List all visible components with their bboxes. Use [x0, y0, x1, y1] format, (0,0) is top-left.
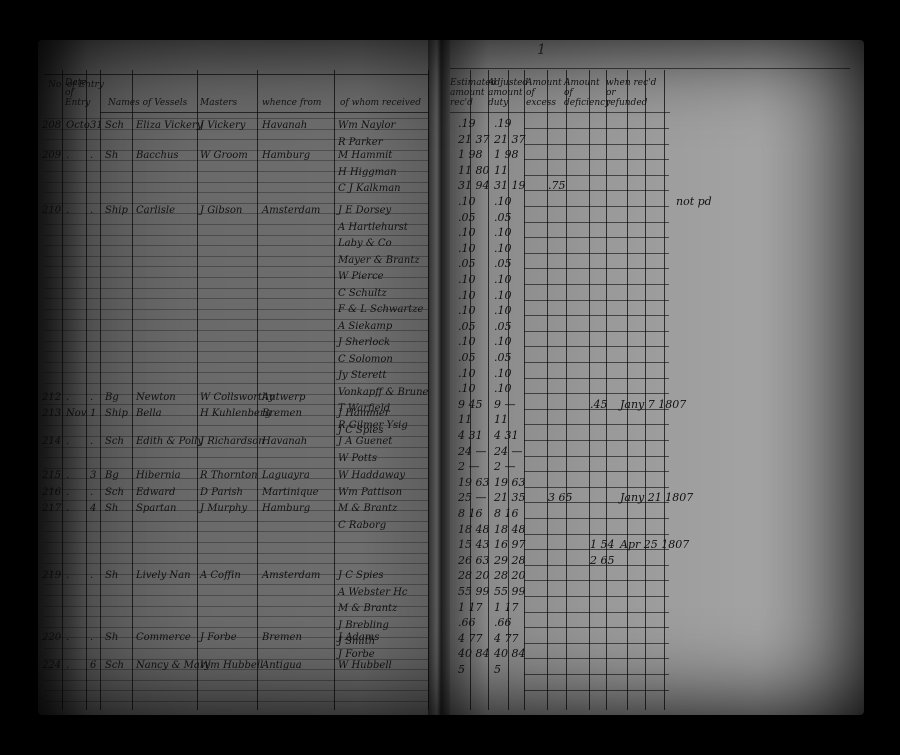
entry-month: .	[66, 487, 69, 499]
estimated-amount: 19 63	[458, 477, 490, 489]
master-name: J Gibson	[200, 205, 242, 217]
entry-month: .	[66, 392, 69, 404]
consignee-name: A Webster Hc	[338, 587, 408, 599]
entry-number: 219	[42, 570, 61, 582]
grid-rule	[524, 596, 669, 597]
master-name: J Murphy	[200, 503, 247, 515]
entry-number: 216	[42, 487, 61, 499]
vessel-rig: Bg	[105, 470, 119, 482]
adjusted-amount: 29 28	[494, 555, 526, 567]
entry-day: .	[90, 570, 93, 582]
header-rule	[100, 112, 428, 113]
adjusted-amount: 9 —	[494, 399, 516, 411]
estimated-amount: 1 17	[458, 602, 483, 614]
master-name: J Vickery	[200, 120, 245, 132]
vessel-rig: Sh	[105, 570, 118, 582]
vessel-rig: Sch	[105, 660, 124, 672]
vessel-name: Eliza Vickery	[136, 120, 202, 132]
grid-rule	[524, 237, 669, 238]
entry-month: .	[66, 503, 69, 515]
entry-month: .	[66, 150, 69, 162]
entry-day: .	[90, 632, 93, 644]
port-from: Hamburg	[262, 150, 310, 162]
refund-date: Jany 7 1807	[620, 399, 686, 411]
consignee-name: C J Kalkman	[338, 183, 401, 195]
grid-rule	[524, 362, 669, 363]
page-mark: 1	[537, 42, 546, 58]
entry-day: 3	[90, 470, 96, 482]
consignee-name: M Hammit	[338, 150, 392, 162]
entry-number: 210	[42, 205, 61, 217]
ruled-line	[44, 701, 428, 702]
adjusted-amount: 31 19	[494, 180, 526, 192]
estimated-amount: .05	[458, 352, 476, 364]
consignee-name: C Solomon	[338, 354, 393, 366]
entry-day: 31	[90, 120, 103, 132]
entry-number: 209	[42, 150, 61, 162]
estimated-amount: 21 37	[458, 134, 490, 146]
grid-rule	[524, 190, 669, 191]
entry-number: 220	[42, 632, 61, 644]
port-from: Laguayra	[262, 470, 310, 482]
entry-month: .	[66, 570, 69, 582]
consignee-name: C Schultz	[338, 288, 387, 300]
consignee-name: J Hammer	[338, 408, 390, 420]
consignee-name: J Adams	[338, 632, 379, 644]
adjusted-amount: 19 63	[494, 477, 526, 489]
port-from: Antigua	[262, 660, 302, 672]
vessel-name: Newton	[136, 392, 176, 404]
entry-day: 6	[90, 660, 96, 672]
estimated-amount: .66	[458, 617, 476, 629]
adjusted-amount: 24 —	[494, 446, 523, 458]
vessel-rig: Sh	[105, 150, 118, 162]
entry-day: 1	[90, 408, 96, 420]
grid-rule	[524, 268, 669, 269]
port-from: Martinique	[262, 487, 319, 499]
adjusted-amount: 5	[494, 664, 501, 676]
consignee-name: J A Guenet	[338, 436, 392, 448]
master-name: R Thornton	[200, 470, 258, 482]
adjusted-amount: .19	[494, 118, 512, 130]
master-name: J Richardson	[200, 436, 265, 448]
estimated-amount: .05	[458, 321, 476, 333]
entry-month: .	[66, 436, 69, 448]
entry-month: Octo	[66, 120, 90, 132]
vessel-name: Carlisle	[136, 205, 175, 217]
adjusted-amount: 1 17	[494, 602, 519, 614]
port-from: Amsterdam	[262, 570, 320, 582]
estimated-amount: 28 20	[458, 570, 490, 582]
adjusted-amount: 55 99	[494, 586, 526, 598]
adjusted-amount: 18 48	[494, 524, 526, 536]
consignee-name: W Haddaway	[338, 470, 405, 482]
consignee-name: W Pierce	[338, 271, 384, 283]
adjusted-amount: .10	[494, 368, 512, 380]
grid-rule	[524, 128, 669, 129]
entry-day: .	[90, 487, 93, 499]
header-received: of whom received	[340, 98, 421, 108]
column-rule	[566, 70, 567, 710]
header-excess: Amount of excess	[526, 78, 560, 108]
consignee-name: M & Brantz	[338, 503, 397, 515]
deficiency-amount: 1 54	[590, 539, 615, 551]
grid-rule	[524, 253, 669, 254]
vessel-name: Commerce	[136, 632, 191, 644]
header-adjusted: Adjusted amount duty	[488, 78, 524, 108]
ruled-line	[44, 690, 428, 691]
grid-rule	[524, 518, 669, 519]
master-name: W Groom	[200, 150, 248, 162]
consignee-name: A Hartlehurst	[338, 222, 408, 234]
header-date: Date of Entry	[65, 78, 89, 108]
entry-day: .	[90, 205, 93, 217]
port-from: Hamburg	[262, 503, 310, 515]
adjusted-amount: 1 98	[494, 149, 519, 161]
adjusted-amount: .10	[494, 305, 512, 317]
consignee-name: Laby & Co	[338, 238, 392, 250]
estimated-amount: 40 84	[458, 648, 490, 660]
estimated-amount: .10	[458, 368, 476, 380]
ruled-line	[44, 266, 428, 267]
excess-amount: 3 65	[548, 492, 573, 504]
column-rule	[197, 70, 198, 710]
column-rule	[62, 70, 63, 710]
port-from: Havanah	[262, 436, 307, 448]
grid-rule	[524, 144, 669, 145]
column-rule	[257, 70, 258, 710]
header-entry-no: No. of Entry	[48, 80, 62, 90]
grid-rule	[524, 471, 669, 472]
consignee-name: A Siekamp	[338, 321, 392, 333]
vessel-name: Bacchus	[136, 150, 179, 162]
consignee-name: Jy Sterett	[338, 370, 386, 382]
master-name: D Parish	[200, 487, 243, 499]
column-rule	[547, 70, 548, 710]
estimated-amount: .10	[458, 227, 476, 239]
consignee-name: Mayer & Brantz	[338, 255, 420, 267]
entry-month: Nov	[66, 408, 86, 420]
consignee-name: M & Brantz	[338, 603, 397, 615]
grid-rule	[524, 159, 669, 160]
consignee-name: H Higgman	[338, 167, 397, 179]
entry-day: .	[90, 392, 93, 404]
grid-rule	[524, 643, 669, 644]
header-when: when rec'd or refunded	[606, 78, 658, 108]
estimated-amount: 8 16	[458, 508, 483, 520]
entry-month: .	[66, 660, 69, 672]
ruled-line	[44, 563, 428, 564]
adjusted-amount: 8 16	[494, 508, 519, 520]
adjusted-amount: 4 77	[494, 633, 519, 645]
grid-rule	[524, 456, 669, 457]
ruled-line	[44, 584, 428, 585]
estimated-amount: 18 48	[458, 524, 490, 536]
adjusted-amount: .05	[494, 352, 512, 364]
adjusted-amount: .05	[494, 212, 512, 224]
entry-month: .	[66, 470, 69, 482]
adjusted-amount: .05	[494, 258, 512, 270]
entry-number: 214	[42, 436, 61, 448]
column-rule	[524, 70, 525, 710]
grid-rule	[524, 284, 669, 285]
port-from: Antwerp	[262, 392, 305, 404]
ruled-line	[44, 553, 428, 554]
grid-rule	[524, 378, 669, 379]
column-rule	[132, 70, 133, 710]
grid-rule	[524, 658, 669, 659]
entry-month: .	[66, 632, 69, 644]
estimated-amount: .10	[458, 305, 476, 317]
adjusted-amount: 21 37	[494, 134, 526, 146]
estimated-amount: .10	[458, 336, 476, 348]
grid-rule	[524, 627, 669, 628]
grid-rule	[524, 300, 669, 301]
header-rule	[450, 68, 850, 69]
grid-rule	[524, 674, 669, 675]
ruled-line	[44, 235, 428, 236]
vessel-rig: Sch	[105, 487, 124, 499]
grid-rule	[524, 206, 669, 207]
consignee-name: Vonkapff & Brune	[338, 387, 428, 399]
estimated-amount: 11	[458, 414, 472, 426]
estimated-amount: 15 43	[458, 539, 490, 551]
ruled-line	[44, 531, 428, 532]
payment-note: not pd	[676, 196, 712, 208]
header-estimated: Estimated amount rec'd	[450, 78, 488, 108]
estimated-amount: 5	[458, 664, 465, 676]
grid-rule	[524, 175, 669, 176]
grid-rule	[524, 315, 669, 316]
estimated-amount: .05	[458, 212, 476, 224]
consignee-name: W Hubbell	[338, 660, 392, 672]
header-rule	[450, 112, 670, 113]
grid-rule	[524, 690, 669, 691]
vessel-rig: Sch	[105, 436, 124, 448]
consignee-name: Wm Naylor	[338, 120, 395, 132]
header-vessel: Names of Vessels	[108, 98, 187, 108]
ruled-line	[44, 500, 428, 501]
column-rule	[627, 70, 628, 710]
adjusted-amount: 28 20	[494, 570, 526, 582]
adjusted-amount: 11	[494, 414, 508, 426]
vessel-rig: Ship	[105, 408, 128, 420]
refund-date: Jany 21 1807	[620, 492, 693, 504]
estimated-amount: .10	[458, 383, 476, 395]
ruled-line	[44, 383, 428, 384]
column-rule	[664, 70, 665, 710]
vessel-name: Lively Nan	[136, 570, 191, 582]
column-rule	[100, 70, 101, 710]
vessel-name: Bella	[136, 408, 162, 420]
master-name: J Forbe	[200, 632, 237, 644]
grid-rule	[524, 534, 669, 535]
estimated-amount: 11 80	[458, 165, 490, 177]
vessel-rig: Bg	[105, 392, 119, 404]
estimated-amount: .10	[458, 196, 476, 208]
ruled-line	[44, 542, 428, 543]
adjusted-amount: .05	[494, 321, 512, 333]
grid-rule	[524, 424, 669, 425]
entry-number: 215	[42, 470, 61, 482]
ruled-line	[44, 351, 428, 352]
entry-number: 212	[42, 392, 61, 404]
estimated-amount: 4 77	[458, 633, 483, 645]
estimated-amount: 2 —	[458, 461, 480, 473]
grid-rule	[524, 331, 669, 332]
consignee-name: W Potts	[338, 453, 377, 465]
estimated-amount: 31 94	[458, 180, 490, 192]
entry-number: 217	[42, 503, 61, 515]
consignee-name: C Raborg	[338, 520, 386, 532]
adjusted-amount: 40 84	[494, 648, 526, 660]
vessel-name: Hibernia	[136, 470, 181, 482]
estimated-amount: 25 —	[458, 492, 487, 504]
estimated-amount: 26 63	[458, 555, 490, 567]
entry-number: 224	[42, 660, 61, 672]
grid-rule	[524, 222, 669, 223]
vessel-rig: Sh	[105, 503, 118, 515]
entry-day: 4	[90, 503, 96, 515]
master-name: H Kuhlenberg	[200, 408, 271, 420]
entry-number: 213	[42, 408, 61, 420]
grid-rule	[524, 440, 669, 441]
deficiency-amount: .45	[590, 399, 608, 411]
book-gutter	[428, 40, 450, 715]
master-name: A Coffin	[200, 570, 241, 582]
consignee-name: J Brebling	[338, 620, 389, 632]
grid-rule	[524, 580, 669, 581]
estimated-amount: .10	[458, 243, 476, 255]
refund-date: Apr 25 1807	[620, 539, 689, 551]
consignee-name: J Forbe	[338, 649, 375, 661]
adjusted-amount: 4 31	[494, 430, 519, 442]
port-from: Havanah	[262, 120, 307, 132]
master-name: Wm Hubbell	[200, 660, 263, 672]
column-rule	[645, 70, 646, 710]
adjusted-amount: .10	[494, 383, 512, 395]
ruled-line	[44, 203, 428, 204]
entry-month: .	[66, 205, 69, 217]
adjusted-amount: .10	[494, 336, 512, 348]
port-from: Bremen	[262, 632, 302, 644]
column-rule	[334, 70, 335, 710]
consignee-name: F & L Schwartze	[338, 304, 423, 316]
vessel-rig: Ship	[105, 205, 128, 217]
deficiency-amount: 2 65	[590, 555, 615, 567]
header-rule	[44, 74, 428, 75]
adjusted-amount: .10	[494, 243, 512, 255]
ruled-line	[44, 616, 428, 617]
adjusted-amount: .10	[494, 290, 512, 302]
ruled-line	[44, 468, 428, 469]
grid-rule	[524, 612, 669, 613]
adjusted-amount: 11	[494, 165, 508, 177]
adjusted-amount: 16 97	[494, 539, 526, 551]
consignee-name: J C Spies	[338, 425, 384, 437]
grid-rule	[524, 487, 669, 488]
port-from: Bremen	[262, 408, 302, 420]
vessel-rig: Sch	[105, 120, 124, 132]
entry-day: .	[90, 436, 93, 448]
estimated-amount: .19	[458, 118, 476, 130]
estimated-amount: 4 31	[458, 430, 483, 442]
ruled-line	[44, 118, 428, 119]
estimated-amount: 24 —	[458, 446, 487, 458]
vessel-name: Edward	[136, 487, 175, 499]
adjusted-amount: .10	[494, 227, 512, 239]
port-from: Amsterdam	[262, 205, 320, 217]
adjusted-amount: 21 35	[494, 492, 526, 504]
consignee-name: Wm Pattison	[338, 487, 402, 499]
estimated-amount: .10	[458, 274, 476, 286]
adjusted-amount: .10	[494, 274, 512, 286]
consignee-name: J E Dorsey	[338, 205, 391, 217]
header-from: whence from	[262, 98, 321, 108]
consignee-name: J C Spies	[338, 570, 384, 582]
vessel-name: Edith & Polly	[136, 436, 203, 448]
entry-day: .	[90, 150, 93, 162]
estimated-amount: 1 98	[458, 149, 483, 161]
estimated-amount: .05	[458, 258, 476, 270]
vessel-rig: Sh	[105, 632, 118, 644]
estimated-amount: 9 45	[458, 399, 483, 411]
consignee-name: J Sherlock	[338, 337, 390, 349]
excess-amount: .75	[548, 180, 566, 192]
vessel-name: Spartan	[136, 503, 176, 515]
column-rule	[606, 70, 607, 710]
header-deficiency: Amount of deficiency	[564, 78, 604, 108]
consignee-name: R Parker	[338, 137, 383, 149]
grid-rule	[524, 346, 669, 347]
header-master: Masters	[200, 98, 237, 108]
adjusted-amount: 2 —	[494, 461, 516, 473]
column-rule	[589, 70, 590, 710]
ruled-line	[44, 680, 428, 681]
estimated-amount: .10	[458, 290, 476, 302]
entry-number: 208	[42, 120, 61, 132]
adjusted-amount: .66	[494, 617, 512, 629]
estimated-amount: 55 99	[458, 586, 490, 598]
adjusted-amount: .10	[494, 196, 512, 208]
column-rule	[86, 70, 87, 710]
grid-rule	[524, 393, 669, 394]
